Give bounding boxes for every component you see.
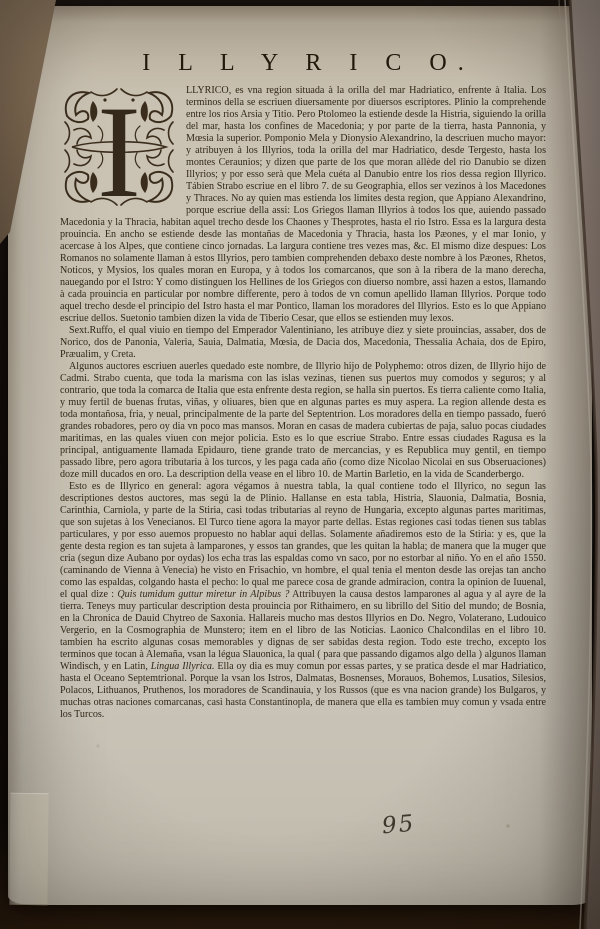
- latin-quote-juvenal: Quis tumidum guttur miretur in Alpibus ?: [117, 589, 289, 600]
- binding-gutter: [540, 0, 600, 929]
- latin-term-lingua-illyrica: Lingua Illyrica.: [151, 661, 215, 672]
- paragraph-4-text-a: Esto es de Illyrico en general: agora vé…: [60, 481, 546, 600]
- paragraph-2: Sext.Ruffo, el qual viuio en tiempo del …: [60, 325, 546, 361]
- book-photo: I L L Y R I C O.: [0, 0, 600, 929]
- book-page: I L L Y R I C O.: [8, 6, 592, 905]
- drop-cap-letter: I: [97, 86, 141, 208]
- tape-repair: [9, 793, 48, 905]
- paragraph-4-text-b: Attribuyen la causa destos lamparones al…: [60, 589, 546, 672]
- paragraph-1: I LLYRICO, es vna region situada à la or…: [60, 85, 546, 325]
- handwritten-folio-number: 95: [381, 811, 416, 840]
- page-title: I L L Y R I C O.: [60, 50, 546, 77]
- page-content: I L L Y R I C O.: [60, 50, 546, 721]
- ornamental-initial-icon: I: [60, 86, 178, 208]
- paragraph-3: Algunos auctores escriuen auerles quedad…: [60, 361, 546, 481]
- text-block: I LLYRICO, es vna region situada à la or…: [60, 85, 546, 721]
- paragraph-4: Esto es de Illyrico en general: agora vé…: [60, 481, 546, 721]
